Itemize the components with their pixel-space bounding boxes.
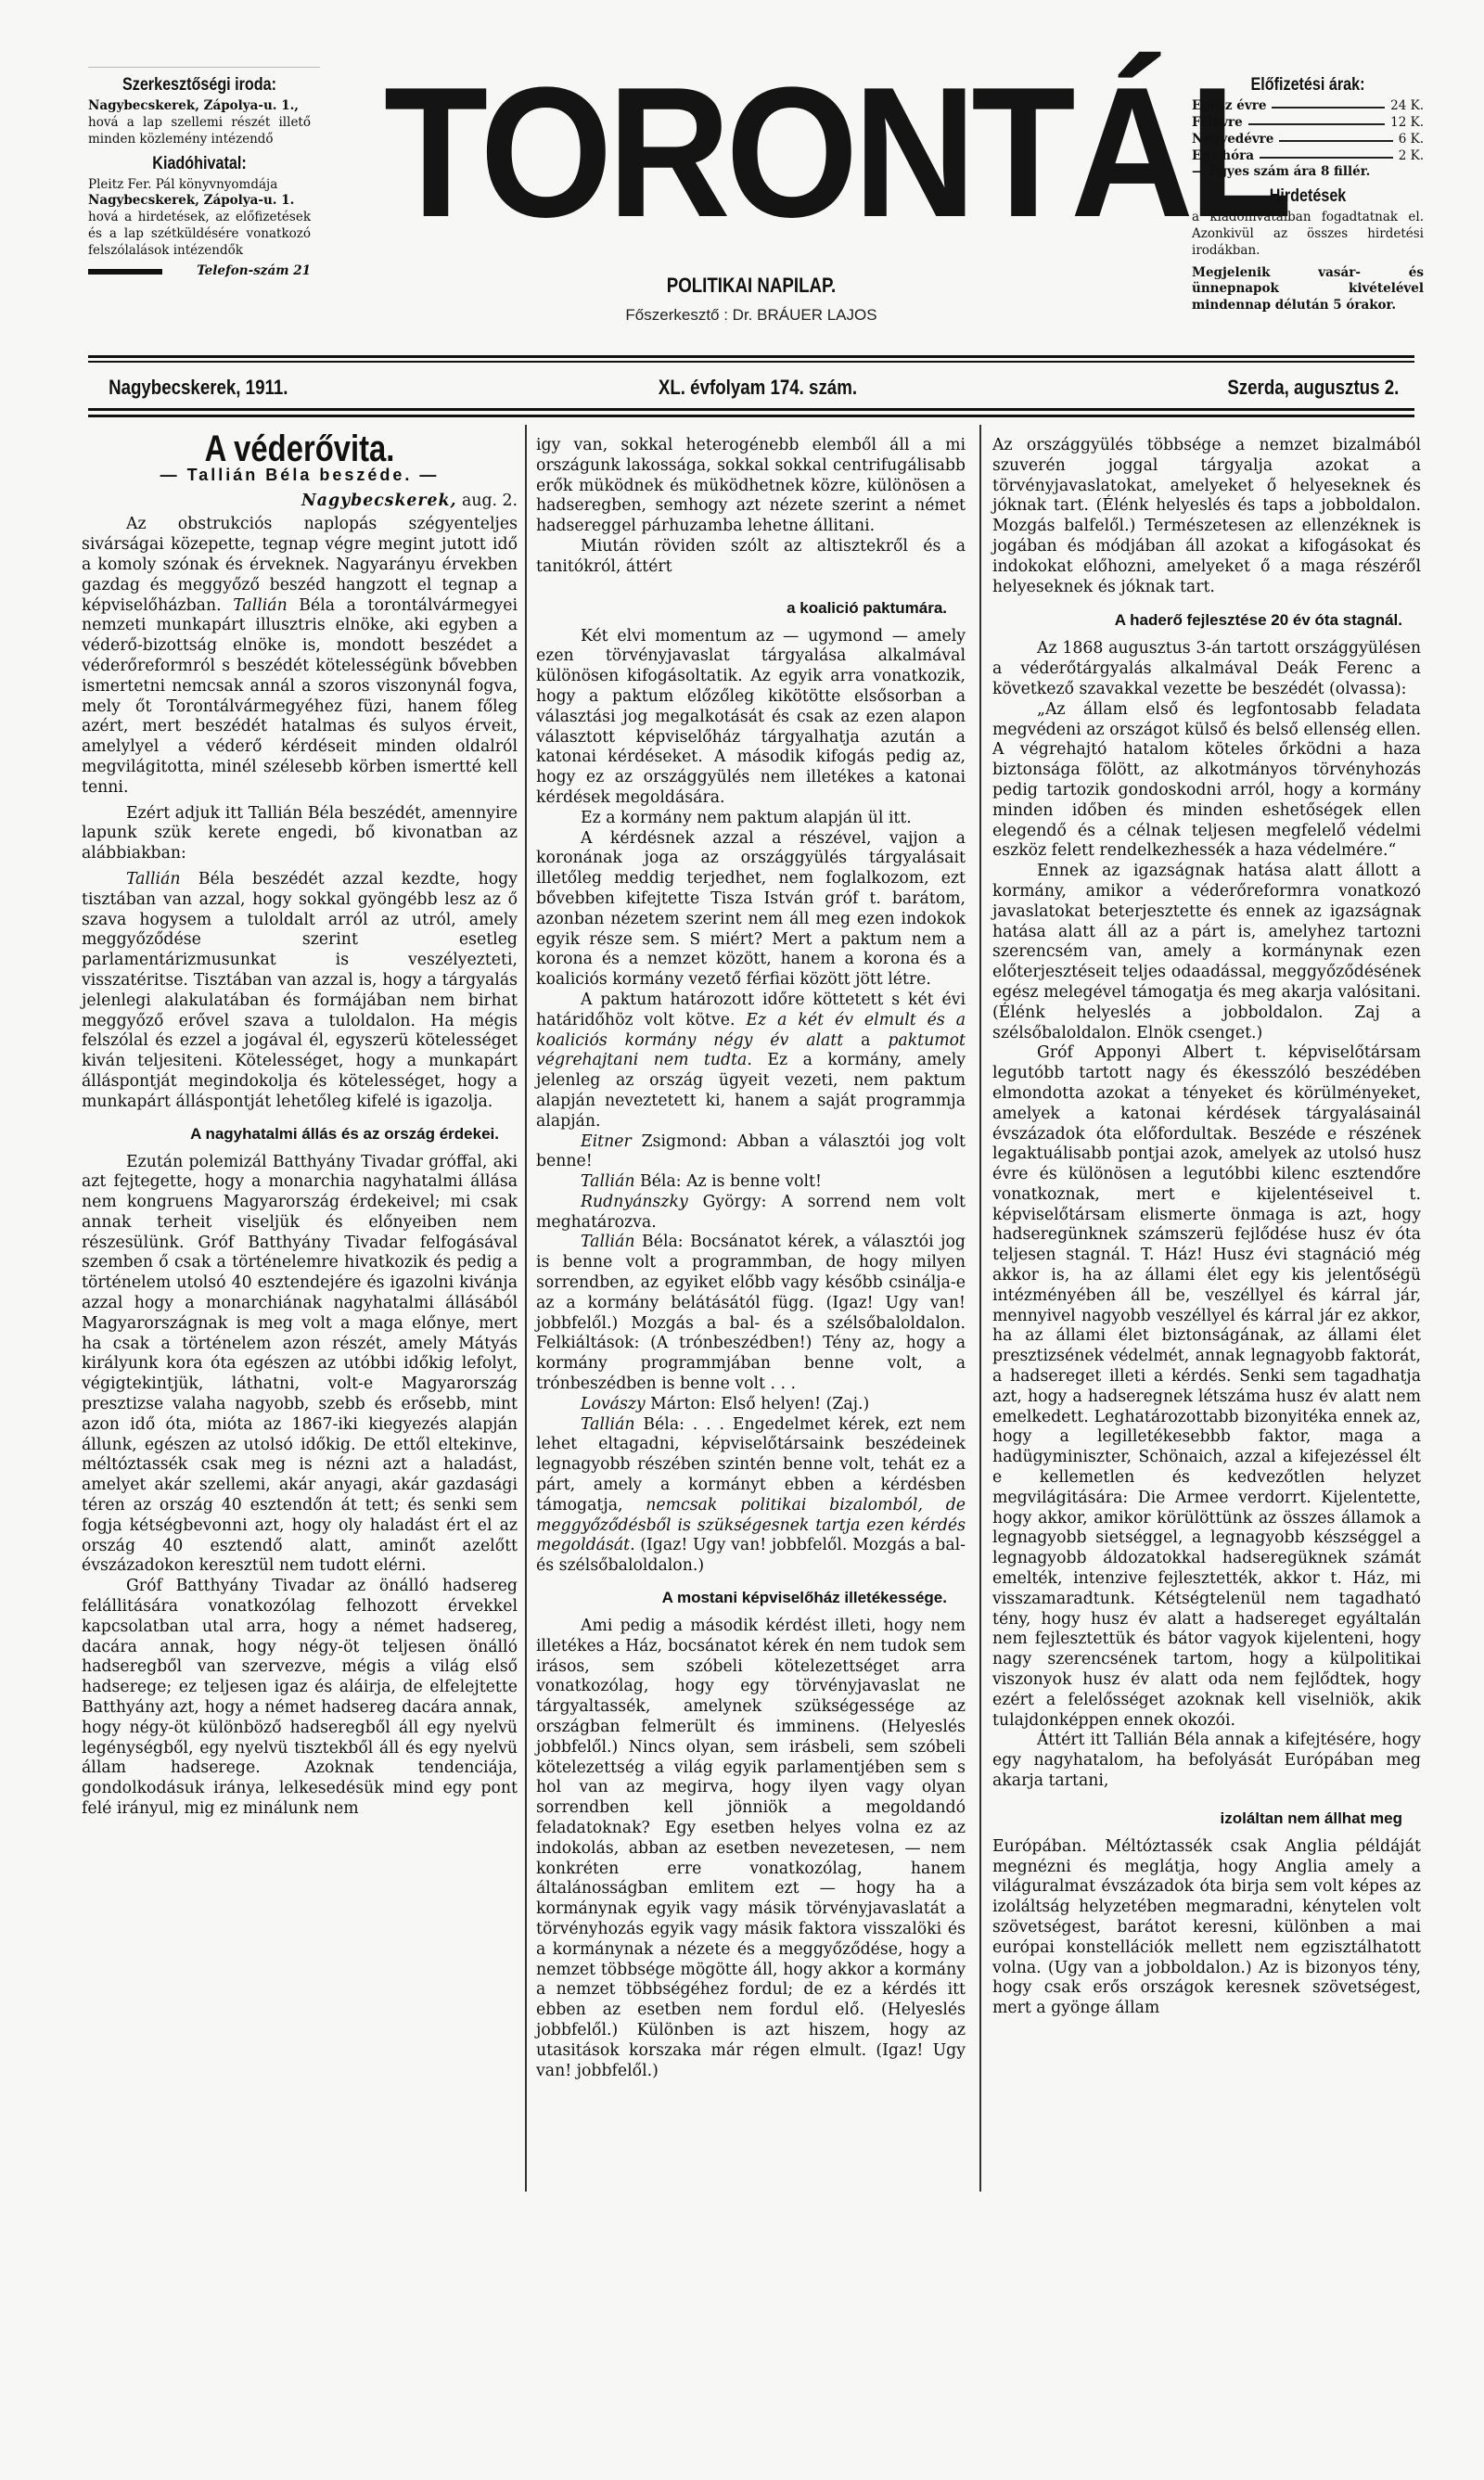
paragraph: A paktum határozott időre köttetett s ké… xyxy=(536,991,966,1132)
day-date: Szerda, augusztus 2. xyxy=(1228,376,1400,400)
paragraph: Európában. Méltóztassék csak Anglia péld… xyxy=(992,1837,1421,2019)
publisher-heading: Kiadóhivatal: xyxy=(105,152,294,175)
article-column-1: A véderővita. — Tallián Béla beszéde. — … xyxy=(82,436,518,1820)
publication-schedule: Megjelenik vasár- és ünnepnapok kivételé… xyxy=(1192,265,1424,314)
price-label: Egy hóra xyxy=(1192,148,1254,165)
price-label: Félévre xyxy=(1192,115,1243,132)
column-divider xyxy=(525,425,527,2192)
interjection: Tallián Béla: . . . Engedelmet kérek, ez… xyxy=(536,1415,966,1577)
speaker-name: Tallián xyxy=(126,870,181,888)
price-row: Félévre12 K. xyxy=(1192,115,1424,132)
paragraph: Két elvi momentum az — ugymond — amely e… xyxy=(536,627,966,809)
publisher-address: Nagybecskerek, Zápolya-u. 1. xyxy=(88,193,311,210)
ads-heading: Hirdetések xyxy=(1209,185,1407,208)
issue-dateline: Nagybecskerek, 1911. XL. évfolyam 174. s… xyxy=(93,376,1414,400)
interjection: Tallián Béla: Az is benne volt! xyxy=(536,1172,966,1193)
subscription-box: Előfizetési árak: Egész évre24 K. Félévr… xyxy=(1192,70,1424,314)
price-value: 24 K. xyxy=(1390,98,1424,115)
place-year: Nagybecskerek, 1911. xyxy=(109,376,288,400)
article-column-2: igy van, sokkal heterogénebb elemből áll… xyxy=(536,436,966,2081)
speaker-name: Tallián xyxy=(233,596,288,615)
price-value: 12 K. xyxy=(1390,115,1424,132)
price-row: Egész évre24 K. xyxy=(1192,98,1424,115)
newspaper-subtitle: POLITIKAI NAPILAP. xyxy=(413,274,1091,298)
price-row: Egy hóra2 K. xyxy=(1192,148,1424,165)
text: Márton: Első helyen! (Zaj.) xyxy=(646,1395,870,1413)
paragraph: Az országgyülés többsége a nemzet bizalm… xyxy=(992,436,1421,597)
article-column-3: Az országgyülés többsége a nemzet bizalm… xyxy=(992,436,1421,2019)
publisher-name: Pleitz Fer. Pál könyvnyomdája xyxy=(88,177,311,194)
volume-issue: XL. évfolyam 174. szám. xyxy=(659,376,857,400)
editorial-address: Nagybecskerek, Zápolya-u. 1., xyxy=(88,98,311,115)
article-dateline: Nagybecskerek, aug. 2. xyxy=(82,492,518,512)
paragraph: Gróf Batthyány Tivadar az önálló hadsere… xyxy=(82,1577,518,1820)
price-value: 6 K. xyxy=(1399,132,1424,148)
editorial-office-heading: Szerkesztőségi iroda: xyxy=(105,73,294,96)
top-rule xyxy=(88,67,320,68)
paragraph: Az 1868 augusztus 3-án tartott országgyü… xyxy=(992,639,1421,699)
subheading: A nagyhatalmi állás és az ország érdekei… xyxy=(82,1124,499,1144)
subheading: a koalició paktumára. xyxy=(536,598,947,618)
subheading: izoláltan nem állhat meg xyxy=(992,1809,1402,1828)
text: Béla a torontálvármegyei nemzeti munkapá… xyxy=(82,596,518,797)
price-label: Negyedévre xyxy=(1192,132,1273,148)
dateline-date: aug. 2. xyxy=(457,492,518,510)
speaker-name: Tallián xyxy=(581,1172,635,1191)
paragraph: Ennek az igazságnak hatása alatt állott … xyxy=(992,862,1421,1043)
text: a xyxy=(843,1031,888,1050)
paragraph: Ezért adjuk itt Tallián Béla beszédét, a… xyxy=(82,804,518,864)
speaker-name: Tallián xyxy=(581,1415,635,1434)
paragraph: Áttért itt Tallián Béla annak a kifejtés… xyxy=(992,1731,1421,1791)
publisher-note: hová a hirdetések, az előfizetések és a … xyxy=(88,210,311,259)
text: Béla beszédét azzal kezdte, hogy tisztáb… xyxy=(82,870,518,1111)
ads-note: a kiadóhivatalban fogadtatnak el. Azonki… xyxy=(1192,210,1424,259)
dateline-rule-2 xyxy=(88,415,1414,417)
text: Béla: Bocsánatot kérek, a választói jog … xyxy=(536,1233,966,1393)
interjection: Rudnyánszky György: A sorrend nem volt m… xyxy=(536,1193,966,1234)
speaker-name: Lovászy xyxy=(581,1395,646,1413)
paragraph: A kérdésnek azzal a részével, vajjon a k… xyxy=(536,829,966,991)
masthead-rule-thin xyxy=(88,361,1414,363)
paragraph: Ez a kormány nem paktum alapján ül itt. xyxy=(536,809,966,829)
paragraph: Miután röviden szólt az altisztekről és … xyxy=(536,537,966,578)
subheading: A mostani képviselőház illetékessége. xyxy=(536,1588,947,1607)
prices-heading: Előfizetési árak: xyxy=(1209,73,1407,96)
editorial-office-box: Szerkesztőségi iroda: Nagybecskerek, Záp… xyxy=(88,70,311,279)
paragraph: Gróf Apponyi Albert t. képviselőtársam l… xyxy=(992,1043,1421,1731)
column-divider xyxy=(979,425,981,2192)
subheading: A haderő fejlesztése 20 év óta stagnál. xyxy=(992,610,1402,630)
price-label: Egész évre xyxy=(1192,98,1266,115)
paragraph: Ezután polemizál Batthyány Tivadar gróff… xyxy=(82,1153,518,1578)
editorial-note: hová a lap szellemi részét illető minden… xyxy=(88,115,311,148)
speaker-name: Rudnyánszky xyxy=(581,1193,688,1211)
phone-row: Telefon-szám 21 xyxy=(88,263,311,280)
article-title: A véderővita. xyxy=(121,440,478,460)
interjection: Eitner Zsigmond: Abban a választói jog v… xyxy=(536,1132,966,1173)
paragraph: Az obstrukciós naplopás szégyenteljes si… xyxy=(82,515,518,798)
paragraph: Tallián Béla beszédét azzal kezdte, hogy… xyxy=(82,870,518,1113)
text: Béla: Az is benne volt! xyxy=(635,1172,822,1191)
interjection: Lovászy Márton: Első helyen! (Zaj.) xyxy=(536,1395,966,1415)
dateline-place: Nagybecskerek, xyxy=(301,492,457,510)
single-issue-price: — Egyes szám ára 8 fillér. xyxy=(1192,164,1424,181)
price-row: Negyedévre6 K. xyxy=(1192,132,1424,148)
quote: „Az állam első és legfontosabb feladata … xyxy=(992,700,1421,862)
editor-in-chief: Főszerkesztő : Dr. BRÁUER LAJOS xyxy=(352,306,1150,325)
speaker-name: Eitner xyxy=(581,1132,632,1151)
paragraph: igy van, sokkal heterogénebb elemből áll… xyxy=(536,436,966,537)
interjection: Tallián Béla: Bocsánatot kérek, a válasz… xyxy=(536,1233,966,1394)
decorative-bar xyxy=(88,269,162,275)
paragraph: Ami pedig a második kérdést illeti, hogy… xyxy=(536,1617,966,2081)
masthead-rule xyxy=(88,355,1414,358)
speaker-name: Tallián xyxy=(581,1233,635,1251)
phone-number: Telefon-szám 21 xyxy=(197,263,311,280)
newspaper-title: TORONTÁL xyxy=(384,58,1105,248)
dateline-rule xyxy=(88,408,1414,411)
price-value: 2 K. xyxy=(1399,148,1424,165)
